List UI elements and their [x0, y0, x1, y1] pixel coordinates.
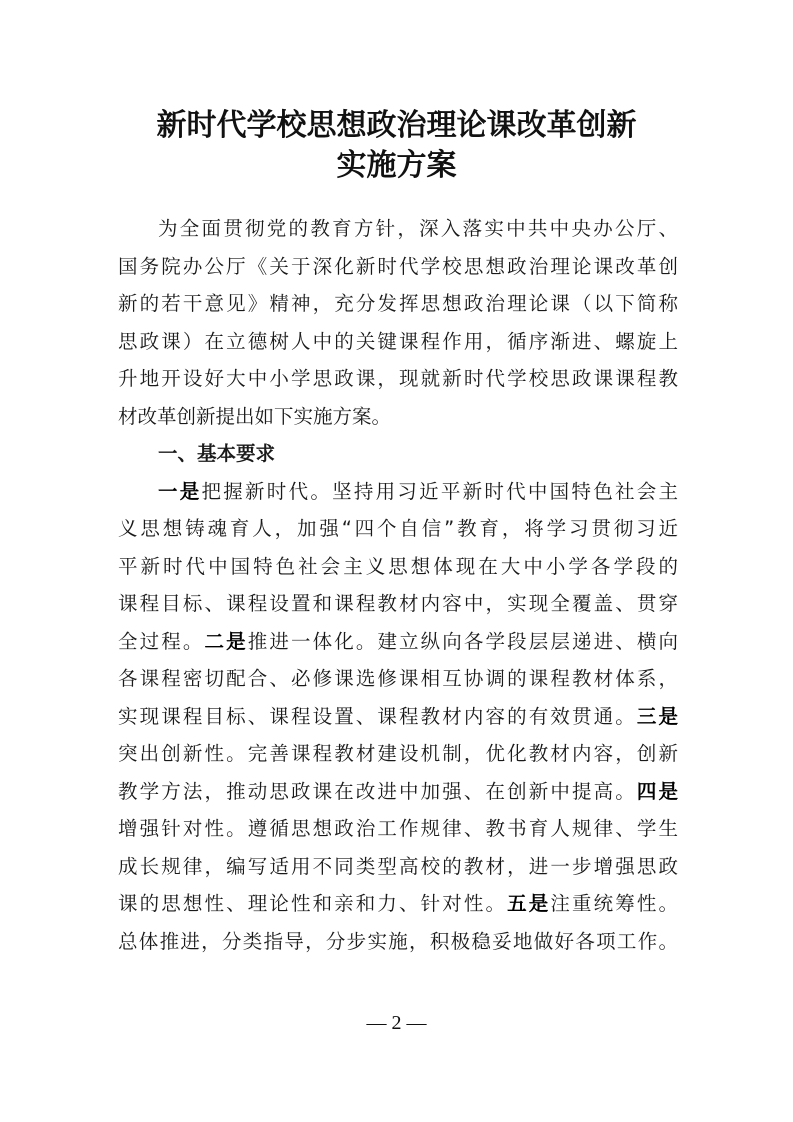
requirement-line: 课程目标、课程设置和课程教材内容中，实现全覆盖、贯穿: [118, 585, 678, 623]
intro-line: 思政课）在立德树人中的关键课程作用，循序渐进、螺旋上: [118, 323, 678, 361]
requirement-line: 各课程密切配合、必修课选修课相互协调的课程教材体系，: [118, 660, 678, 698]
page-number: — 2 —: [0, 1012, 793, 1035]
requirement-line: 教学方法，推动思政课在改进中加强、在创新中提高。四是: [118, 773, 678, 811]
intro-line: 升地开设好大中小学思政课，现就新时代学校思政课课程教: [118, 360, 678, 398]
document-title-line1: 新时代学校思想政治理论课改革创新: [0, 100, 793, 144]
intro-line: 为全面贯彻党的教育方针，深入落实中共中央办公厅、: [118, 210, 678, 248]
document-body: 为全面贯彻党的教育方针，深入落实中共中央办公厅、 国务院办公厅《关于深化新时代学…: [118, 210, 678, 960]
requirement-line: 总体推进，分类指导，分步实施，积极稳妥地做好各项工作。: [118, 923, 678, 961]
intro-line: 材改革创新提出如下实施方案。: [118, 398, 678, 436]
requirement-line: 平新时代中国特色社会主义思想体现在大中小学各学段的: [118, 548, 678, 586]
requirement-line: 义思想铸魂育人，加强“四个自信”教育，将学习贯彻习近: [118, 510, 678, 548]
requirement-line: 全过程。二是推进一体化。建立纵向各学段层层递进、横向: [118, 623, 678, 661]
intro-line: 国务院办公厅《关于深化新时代学校思想政治理论课改革创: [118, 248, 678, 286]
document-title-line2: 实施方案: [0, 140, 793, 184]
requirement-label: 三是: [637, 705, 678, 728]
document-page: 新时代学校思想政治理论课改革创新 实施方案 为全面贯彻党的教育方针，深入落实中共…: [0, 0, 793, 1122]
requirement-line: 实现课程目标、课程设置、课程教材内容的有效贯通。三是: [118, 698, 678, 736]
requirement-line: 成长规律，编写适用不同类型高校的教材，进一步增强思政: [118, 848, 678, 886]
requirement-label: 一是: [158, 480, 202, 503]
requirement-label: 四是: [637, 780, 678, 803]
requirement-line: 增强针对性。遵循思想政治工作规律、教书育人规律、学生: [118, 810, 678, 848]
requirement-label: 二是: [204, 630, 247, 653]
requirement-label: 五是: [507, 892, 550, 915]
requirement-line: 突出创新性。完善课程教材建设机制，优化教材内容，创新: [118, 735, 678, 773]
requirement-line: 课的思想性、理论性和亲和力、针对性。五是注重统筹性。: [118, 885, 678, 923]
section-heading: 一、基本要求: [118, 435, 678, 473]
intro-line: 新的若干意见》精神，充分发挥思想政治理论课（以下简称: [118, 285, 678, 323]
requirement-line: 一是把握新时代。坚持用习近平新时代中国特色社会主: [118, 473, 678, 511]
